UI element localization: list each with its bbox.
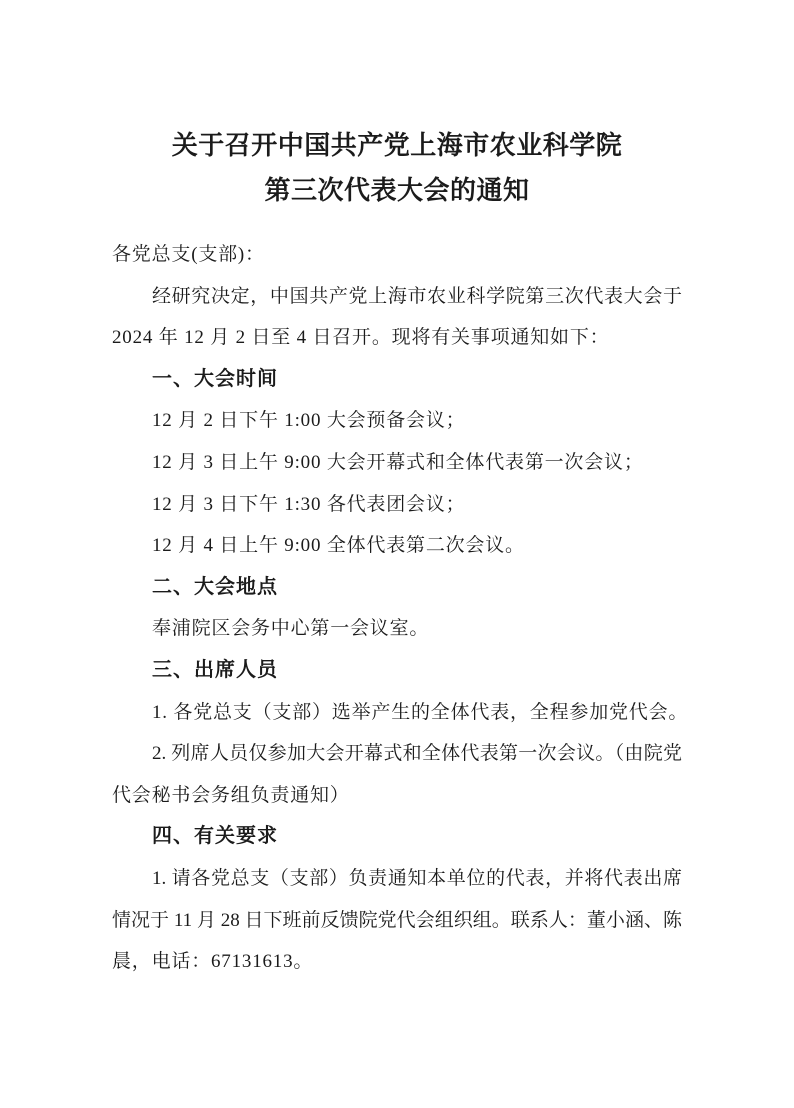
- notice-body: 各党总支(支部)： 经研究决定，中国共产党上海市农业科学院第三次代表大会于 20…: [112, 234, 682, 983]
- intro-line-1: 经研究决定，中国共产党上海市农业科学院第三次代表大会于: [112, 276, 682, 318]
- schedule-line-4: 12 月 4 日上午 9:00 全体代表第二次会议。: [112, 525, 682, 567]
- requirements-item-1-line-1: 1. 请各党总支（支部）负责通知本单位的代表，并将代表出席: [112, 858, 682, 900]
- document-content: 关于召开中国共产党上海市农业科学院 第三次代表大会的通知 各党总支(支部)： 经…: [112, 0, 682, 983]
- notice-title: 关于召开中国共产党上海市农业科学院 第三次代表大会的通知: [112, 123, 682, 213]
- heading-attendees: 三、出席人员: [112, 650, 682, 692]
- requirements-item-1-line-2: 情况于 11 月 28 日下班前反馈院党代会组织组。联系人：董小涵、陈: [112, 900, 682, 942]
- notice-title-line-2: 第三次代表大会的通知: [112, 168, 682, 213]
- notice-title-line-1: 关于召开中国共产党上海市农业科学院: [112, 123, 682, 168]
- schedule-line-2: 12 月 3 日上午 9:00 大会开幕式和全体代表第一次会议；: [112, 442, 682, 484]
- schedule-line-3: 12 月 3 日下午 1:30 各代表团会议；: [112, 484, 682, 526]
- requirements-item-1-line-3: 晨，电话：67131613。: [112, 941, 682, 983]
- attendees-item-2-line-2: 代会秘书会务组负责通知）: [112, 775, 682, 817]
- document-page: 关于召开中国共产党上海市农业科学院 第三次代表大会的通知 各党总支(支部)： 经…: [0, 0, 794, 1108]
- location-line: 奉浦院区会务中心第一会议室。: [112, 608, 682, 650]
- schedule-line-1: 12 月 2 日下午 1:00 大会预备会议；: [112, 400, 682, 442]
- heading-meeting-time: 一、大会时间: [112, 359, 682, 401]
- intro-line-2: 2024 年 12 月 2 日至 4 日召开。现将有关事项通知如下：: [112, 317, 682, 359]
- heading-requirements: 四、有关要求: [112, 816, 682, 858]
- attendees-item-1: 1. 各党总支（支部）选举产生的全体代表，全程参加党代会。: [112, 692, 682, 734]
- attendees-item-2-line-1: 2. 列席人员仅参加大会开幕式和全体代表第一次会议。（由院党: [112, 733, 682, 775]
- heading-meeting-location: 二、大会地点: [112, 567, 682, 609]
- salutation: 各党总支(支部)：: [112, 234, 682, 276]
